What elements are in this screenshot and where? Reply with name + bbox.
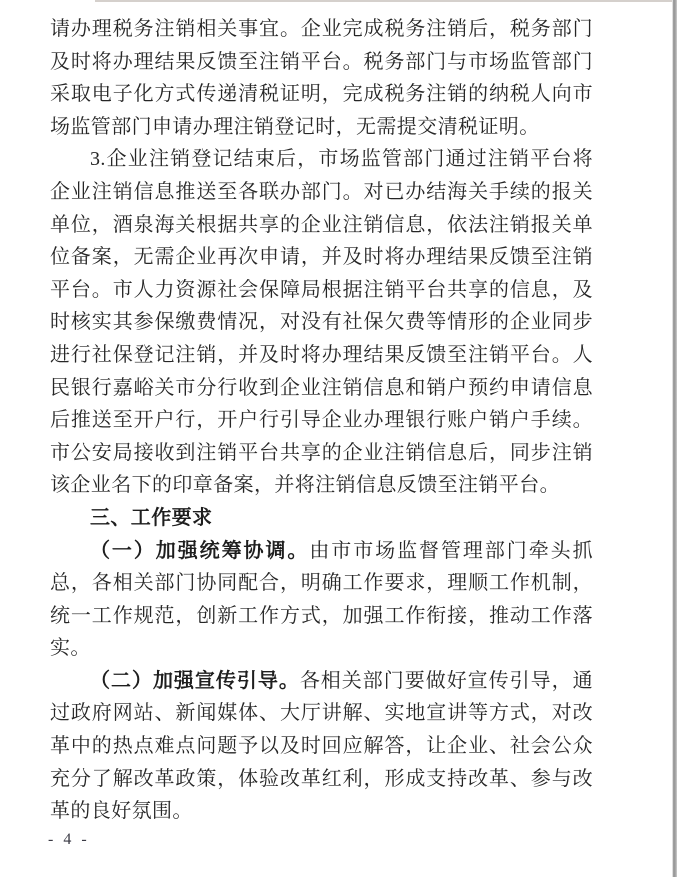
- paragraph-one-lead: （一）加强统筹协调。: [90, 540, 309, 562]
- scan-artifact-top-edge: [95, 0, 677, 2]
- paragraph-two-lead: （二）加强宣传引导。: [90, 670, 300, 692]
- paragraph-two-body: 各相关部门要做好宣传引导，通过政府网站、新闻媒体、大厅讲解、实地宣讲等方式，对改…: [50, 670, 593, 822]
- paragraph-item-3-deregistration-info-sharing: 3.企业注销登记结束后，市场监管部门通过注销平台将企业注销信息推送至各联办部门。…: [50, 143, 593, 502]
- paragraph-tax-deregistration-continuation: 请办理税务注销相关事宜。企业完成税务注销后，税务部门及时将办理结果反馈至注销平台…: [50, 13, 593, 143]
- paragraph-strengthen-coordination: （一）加强统筹协调。由市市场监督管理部门牵头抓总，各相关部门协同配合，明确工作要…: [50, 535, 593, 665]
- scan-artifact-right-edge: [672, 0, 677, 877]
- page-number: - 4 -: [48, 831, 90, 849]
- paragraph-strengthen-publicity: （二）加强宣传引导。各相关部门要做好宣传引导，通过政府网站、新闻媒体、大厅讲解、…: [50, 665, 593, 828]
- section-heading-work-requirements: 三、工作要求: [50, 502, 593, 535]
- document-body: 请办理税务注销相关事宜。企业完成税务注销后，税务部门及时将办理结果反馈至注销平台…: [50, 13, 593, 828]
- document-page: 请办理税务注销相关事宜。企业完成税务注销后，税务部门及时将办理结果反馈至注销平台…: [0, 0, 677, 877]
